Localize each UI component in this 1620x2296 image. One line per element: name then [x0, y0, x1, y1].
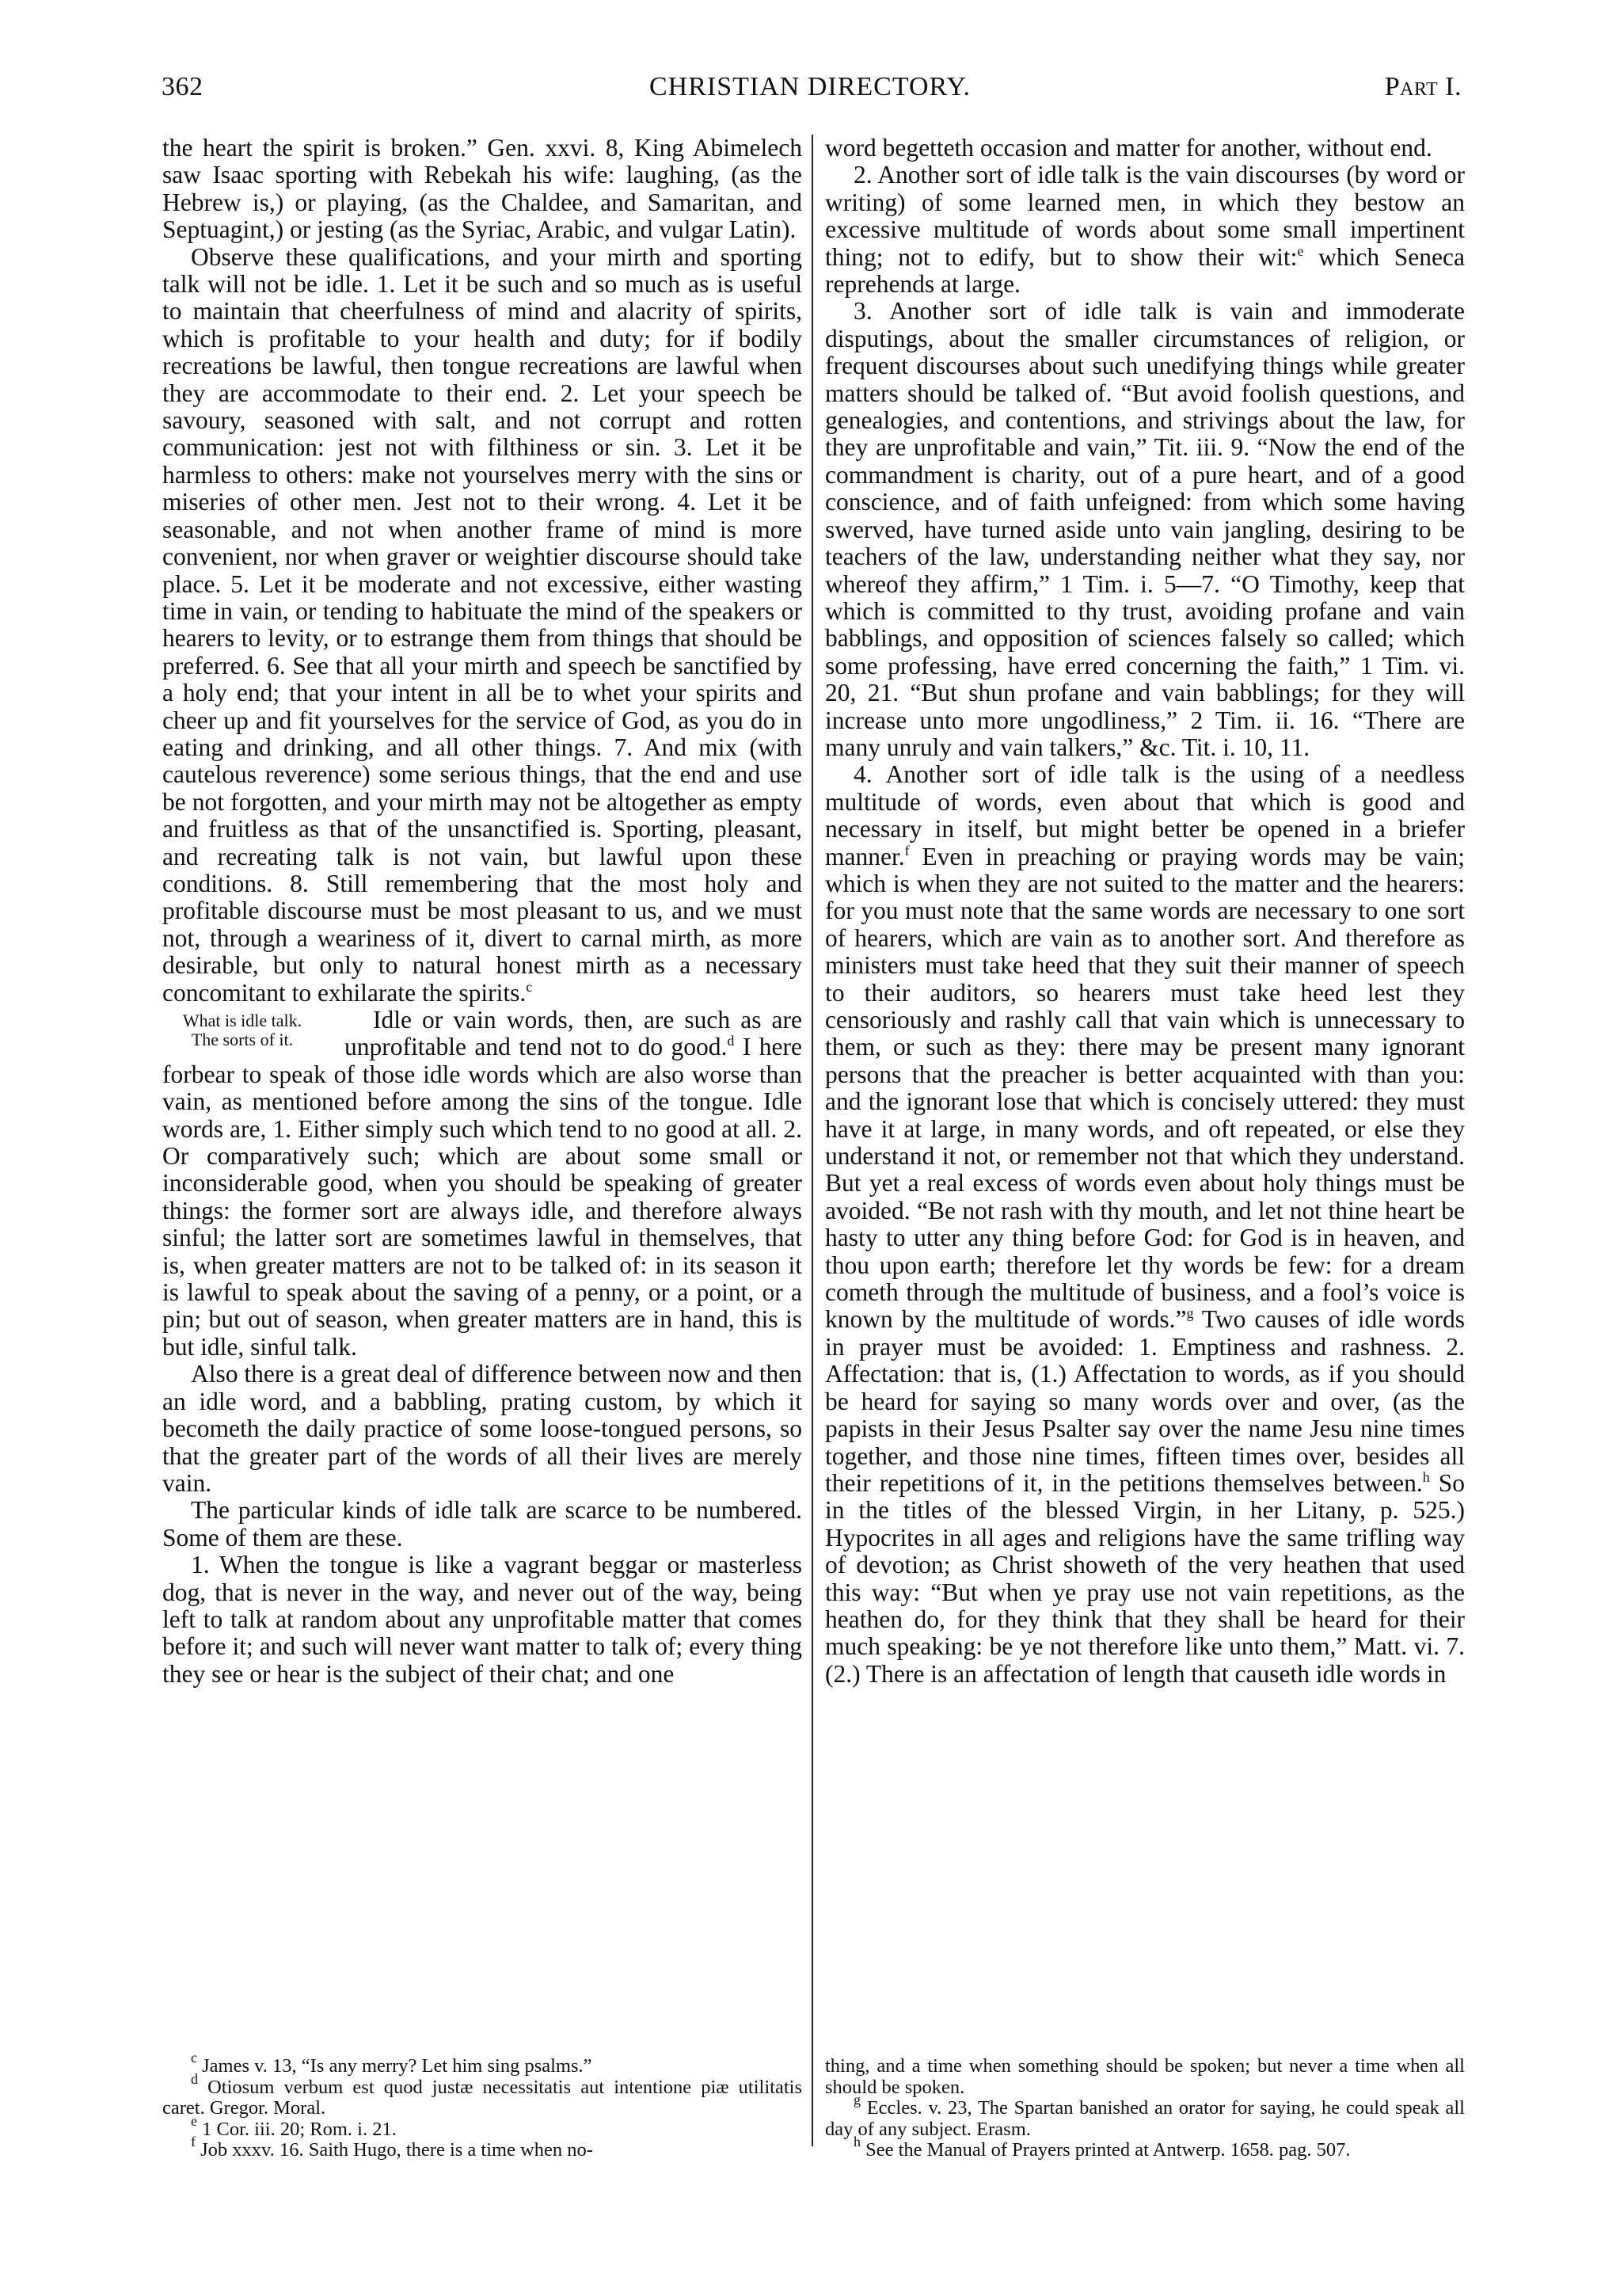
marginal-note: What is idle talk. The sorts of it. — [159, 1011, 325, 1049]
paragraph: 2. Another sort of idle talk is the vain… — [825, 162, 1465, 298]
footnote: h See the Manual of Prayers printed at A… — [825, 2140, 1465, 2161]
running-header: 362 CHRISTIAN DIRECTORY. Part I. — [158, 70, 1462, 105]
left-column: the heart the spirit is broken.” Gen. xx… — [162, 135, 802, 1688]
footnote: d Otiosum verbum est quod justæ necessit… — [162, 2077, 802, 2119]
footnote-ref[interactable]: h — [1423, 1469, 1430, 1485]
footnotes-right: thing, and a time when something should … — [825, 2056, 1465, 2161]
footnote: f Job xxxv. 16. Saith Hugo, there is a t… — [162, 2140, 802, 2161]
paragraph: word begetteth occasion and matter for a… — [825, 135, 1465, 162]
paragraph: 1. When the tongue is like a vagrant beg… — [162, 1552, 802, 1688]
paragraph: 4. Another sort of idle talk is the usin… — [825, 761, 1465, 1688]
running-title: CHRISTIAN DIRECTORY. — [158, 70, 1462, 105]
column-divider — [812, 135, 813, 2146]
footnote: g Eccles. v. 23, The Spartan banished an… — [825, 2098, 1465, 2140]
footnote: e 1 Cor. iii. 20; Rom. i. 21. — [162, 2119, 802, 2141]
right-column: word begetteth occasion and matter for a… — [825, 135, 1465, 1688]
footnotes-left: c James v. 13, “Is any merry? Let him si… — [162, 2056, 802, 2161]
paragraph: The particular kinds of idle talk are sc… — [162, 1497, 802, 1552]
paragraph: 3. Another sort of idle talk is vain and… — [825, 298, 1465, 761]
footnote: c James v. 13, “Is any merry? Let him si… — [162, 2056, 802, 2077]
paragraph: Also there is a great deal of difference… — [162, 1361, 802, 1497]
paragraph: Idle or vain words, then, are such as ar… — [162, 1007, 802, 1361]
footnote-ref[interactable]: c — [526, 979, 532, 995]
sidenote-paragraph: What is idle talk. The sorts of it. Idle… — [162, 1007, 802, 1361]
footnote-continuation: thing, and a time when something should … — [825, 2056, 1465, 2098]
paragraph: Observe these qualifications, and your m… — [162, 244, 802, 1007]
part-label: Part I. — [1385, 70, 1462, 105]
paragraph: the heart the spirit is broken.” Gen. xx… — [162, 135, 802, 244]
